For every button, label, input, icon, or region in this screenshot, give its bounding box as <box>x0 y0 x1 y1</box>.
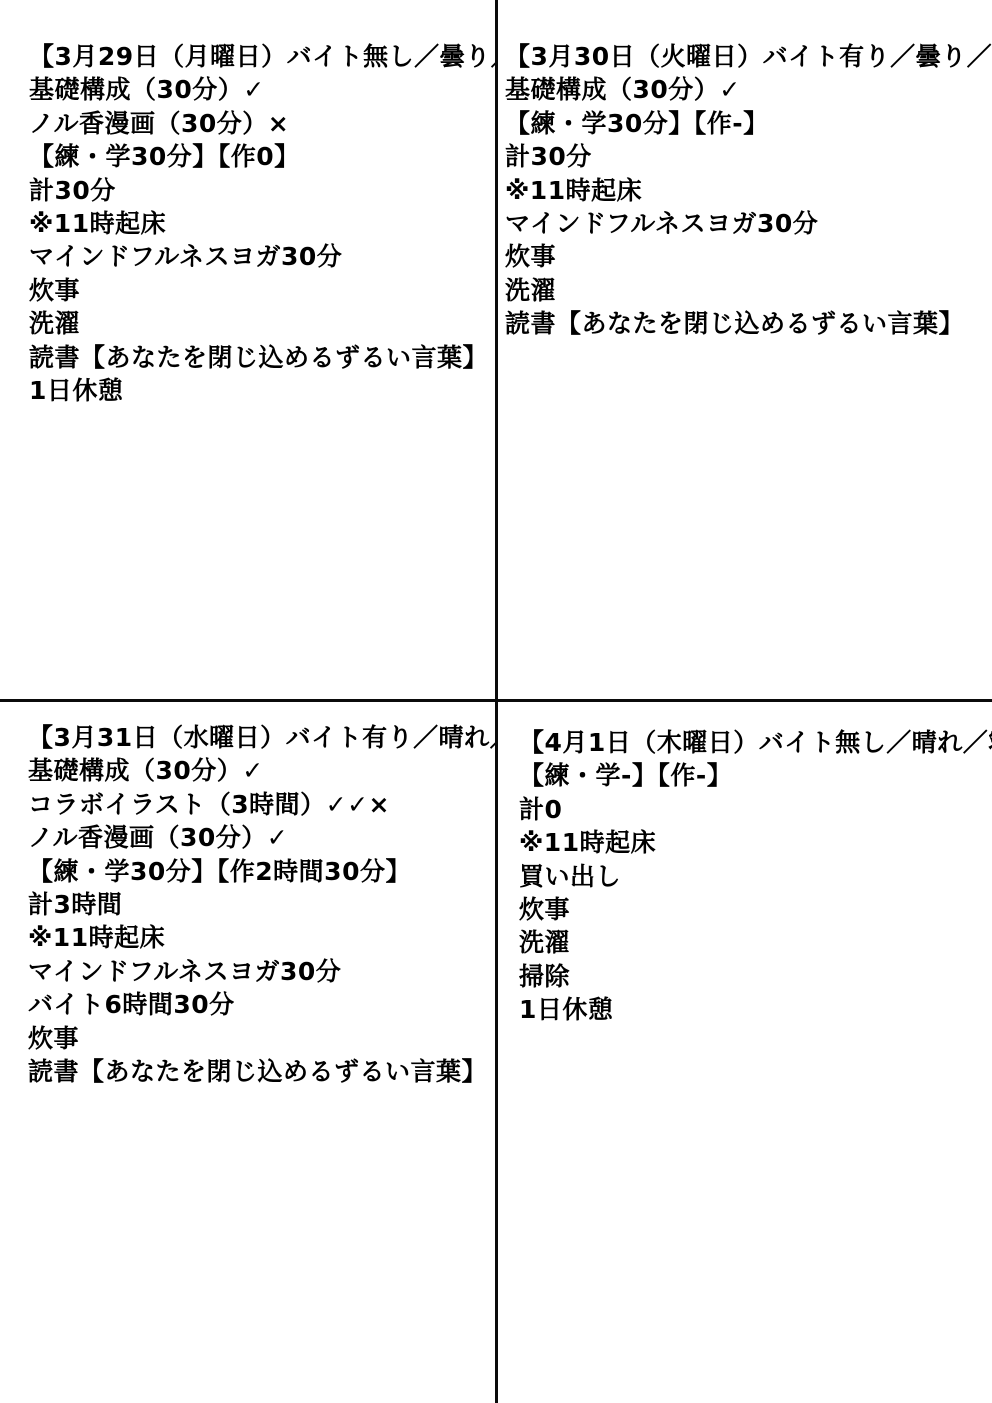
diary-entry-mar29-text: 【3月29日（月曜日）バイト無し／曇り／寝不足】 基礎構成（30分）✓ ノル香漫… <box>29 40 495 407</box>
diary-entry-mar30: 【3月30日（火曜日）バイト有り／曇り／寝不足】 基礎構成（30分）✓ 【練・学… <box>498 0 992 699</box>
entry-date-header: 【4月1日（木曜日）バイト無し／晴れ／寝不足】 <box>519 726 992 759</box>
diary-line: 洗濯 <box>519 926 992 959</box>
diary-line: ※11時起床 <box>505 174 992 207</box>
diary-line: 炊事 <box>28 1022 495 1055</box>
diary-line: ※11時起床 <box>29 207 495 240</box>
diary-entry-apr1-text: 【4月1日（木曜日）バイト無し／晴れ／寝不足】 【練・学-】【作-】 計0 ※1… <box>519 726 992 1027</box>
diary-line: 1日休憩 <box>29 374 495 407</box>
diary-line: 炊事 <box>29 274 495 307</box>
diary-line: 読書【あなたを閉じ込めるずるい言葉】 <box>505 307 992 340</box>
diary-line: 洗濯 <box>29 307 495 340</box>
diary-line: マインドフルネスヨガ30分 <box>28 955 495 988</box>
diary-line: 読書【あなたを閉じ込めるずるい言葉】 <box>29 341 495 374</box>
entry-date-header: 【3月29日（月曜日）バイト無し／曇り／寝不足】 <box>29 40 495 73</box>
diary-line: 炊事 <box>519 893 992 926</box>
diary-line: 買い出し <box>519 860 992 893</box>
diary-line: 掃除 <box>519 960 992 993</box>
diary-line: 読書【あなたを閉じ込めるずるい言葉】 <box>28 1055 495 1088</box>
diary-line: 計30分 <box>505 140 992 173</box>
diary-line: 【練・学-】【作-】 <box>519 759 992 792</box>
diary-line: ノル香漫画（30分）× <box>29 107 495 140</box>
diary-line: 基礎構成（30分）✓ <box>29 73 495 106</box>
diary-line: 【練・学30分】【作2時間30分】 <box>28 855 495 888</box>
diary-line: ※11時起床 <box>28 921 495 954</box>
diary-page: 【3月29日（月曜日）バイト無し／曇り／寝不足】 基礎構成（30分）✓ ノル香漫… <box>0 0 992 1403</box>
diary-line: 【練・学30分】【作0】 <box>29 140 495 173</box>
diary-entry-mar29: 【3月29日（月曜日）バイト無し／曇り／寝不足】 基礎構成（30分）✓ ノル香漫… <box>0 0 495 699</box>
diary-line: コラボイラスト（3時間）✓✓× <box>28 788 495 821</box>
diary-entry-mar31: 【3月31日（水曜日）バイト有り／晴れ／寝不足】 基礎構成（30分）✓ コラボイ… <box>0 702 495 1403</box>
entry-date-header: 【3月31日（水曜日）バイト有り／晴れ／寝不足】 <box>28 721 495 754</box>
diary-line: 計3時間 <box>28 888 495 921</box>
diary-entry-mar30-text: 【3月30日（火曜日）バイト有り／曇り／寝不足】 基礎構成（30分）✓ 【練・学… <box>505 40 992 341</box>
diary-line: 基礎構成（30分）✓ <box>505 73 992 106</box>
diary-entry-mar31-text: 【3月31日（水曜日）バイト有り／晴れ／寝不足】 基礎構成（30分）✓ コラボイ… <box>28 721 495 1088</box>
diary-line: ノル香漫画（30分）✓ <box>28 821 495 854</box>
diary-line: ※11時起床 <box>519 826 992 859</box>
diary-line: マインドフルネスヨガ30分 <box>29 240 495 273</box>
diary-line: バイト6時間30分 <box>28 988 495 1021</box>
entry-date-header: 【3月30日（火曜日）バイト有り／曇り／寝不足】 <box>505 40 992 73</box>
diary-line: 基礎構成（30分）✓ <box>28 754 495 787</box>
diary-line: 1日休憩 <box>519 993 992 1026</box>
diary-line: 【練・学30分】【作-】 <box>505 107 992 140</box>
diary-line: 炊事 <box>505 240 992 273</box>
diary-entry-apr1: 【4月1日（木曜日）バイト無し／晴れ／寝不足】 【練・学-】【作-】 計0 ※1… <box>498 702 992 1403</box>
diary-line: マインドフルネスヨガ30分 <box>505 207 992 240</box>
diary-line: 計30分 <box>29 174 495 207</box>
diary-line: 計0 <box>519 793 992 826</box>
diary-line: 洗濯 <box>505 274 992 307</box>
